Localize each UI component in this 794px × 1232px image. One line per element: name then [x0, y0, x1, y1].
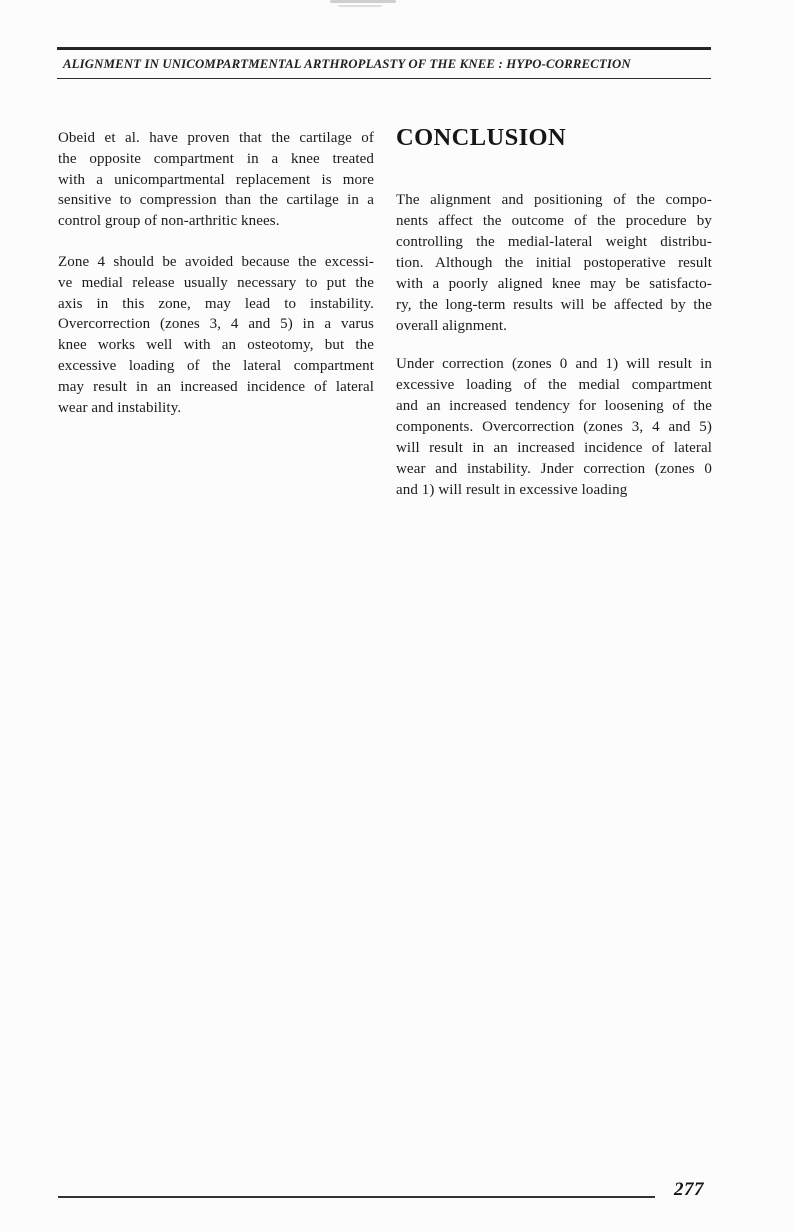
text-line: axis in this zone, may lead to instabili…: [58, 294, 374, 315]
text-line: wear and instability. Jnder correction (…: [396, 459, 712, 480]
scan-artifact: [330, 0, 396, 3]
text-line: Under correction (zones 0 and 1) will re…: [396, 354, 712, 375]
text-line: The alignment and positioning of the com…: [396, 190, 712, 211]
text-line: and an increased tendency for loosening …: [396, 396, 712, 417]
text-line: Obeid et al. have proven that the cartil…: [58, 128, 374, 149]
text-line: Overcorrection (zones 3, 4 and 5) in a v…: [58, 314, 374, 335]
scan-artifact: [338, 5, 382, 7]
paragraph: The alignment and positioning of the com…: [396, 190, 712, 337]
text-line: ry, the long-term results will be affect…: [396, 295, 712, 316]
text-line: tion. Although the initial postoperative…: [396, 253, 712, 274]
text-line: components. Overcorrection (zones 3, 4 a…: [396, 417, 712, 438]
page-number: 277: [674, 1179, 704, 1201]
text-line: knee works well with an osteotomy, but t…: [58, 335, 374, 356]
text-line: may result in an increased incidence of …: [58, 377, 374, 398]
text-line: overall alignment.: [396, 316, 712, 337]
text-line: controlling the medial-lateral weight di…: [396, 232, 712, 253]
text-line: sensitive to compression than the cartil…: [58, 190, 374, 211]
scanned-paper-page: ALIGNMENT IN UNICOMPARTMENTAL ARTHROPLAS…: [0, 0, 794, 1232]
text-line: with a poorly aligned knee may be satisf…: [396, 274, 712, 295]
text-line: excessive loading of the lateral compart…: [58, 356, 374, 377]
footer-rule: [58, 1196, 655, 1198]
text-line: control group of non-arthritic knees.: [58, 211, 374, 232]
text-line: ve medial release usually necessary to p…: [58, 273, 374, 294]
header-rule-bottom: [57, 78, 711, 80]
paragraph: Obeid et al. have proven that the cartil…: [58, 128, 374, 232]
section-heading: CONCLUSION: [396, 124, 712, 152]
paragraph: Under correction (zones 0 and 1) will re…: [396, 354, 712, 501]
text-line: excessive loading of the medial compartm…: [396, 375, 712, 396]
text-line: and 1) will result in excessive loading: [396, 480, 712, 501]
right-column: CONCLUSION The alignment and positioning…: [396, 124, 712, 501]
text-line: the opposite compartment in a knee treat…: [58, 149, 374, 170]
running-head: ALIGNMENT IN UNICOMPARTMENTAL ARTHROPLAS…: [57, 50, 711, 78]
paragraph: Zone 4 should be avoided because the exc…: [58, 252, 374, 418]
text-line: wear and instability.: [58, 398, 374, 419]
text-line: Zone 4 should be avoided because the exc…: [58, 252, 374, 273]
text-line: nents affect the outcome of the procedur…: [396, 211, 712, 232]
text-line: will result in an increased incidence of…: [396, 438, 712, 459]
left-column: Obeid et al. have proven that the cartil…: [58, 128, 374, 418]
page-header: ALIGNMENT IN UNICOMPARTMENTAL ARTHROPLAS…: [57, 47, 711, 79]
text-line: with a unicompartmental replacement is m…: [58, 170, 374, 191]
